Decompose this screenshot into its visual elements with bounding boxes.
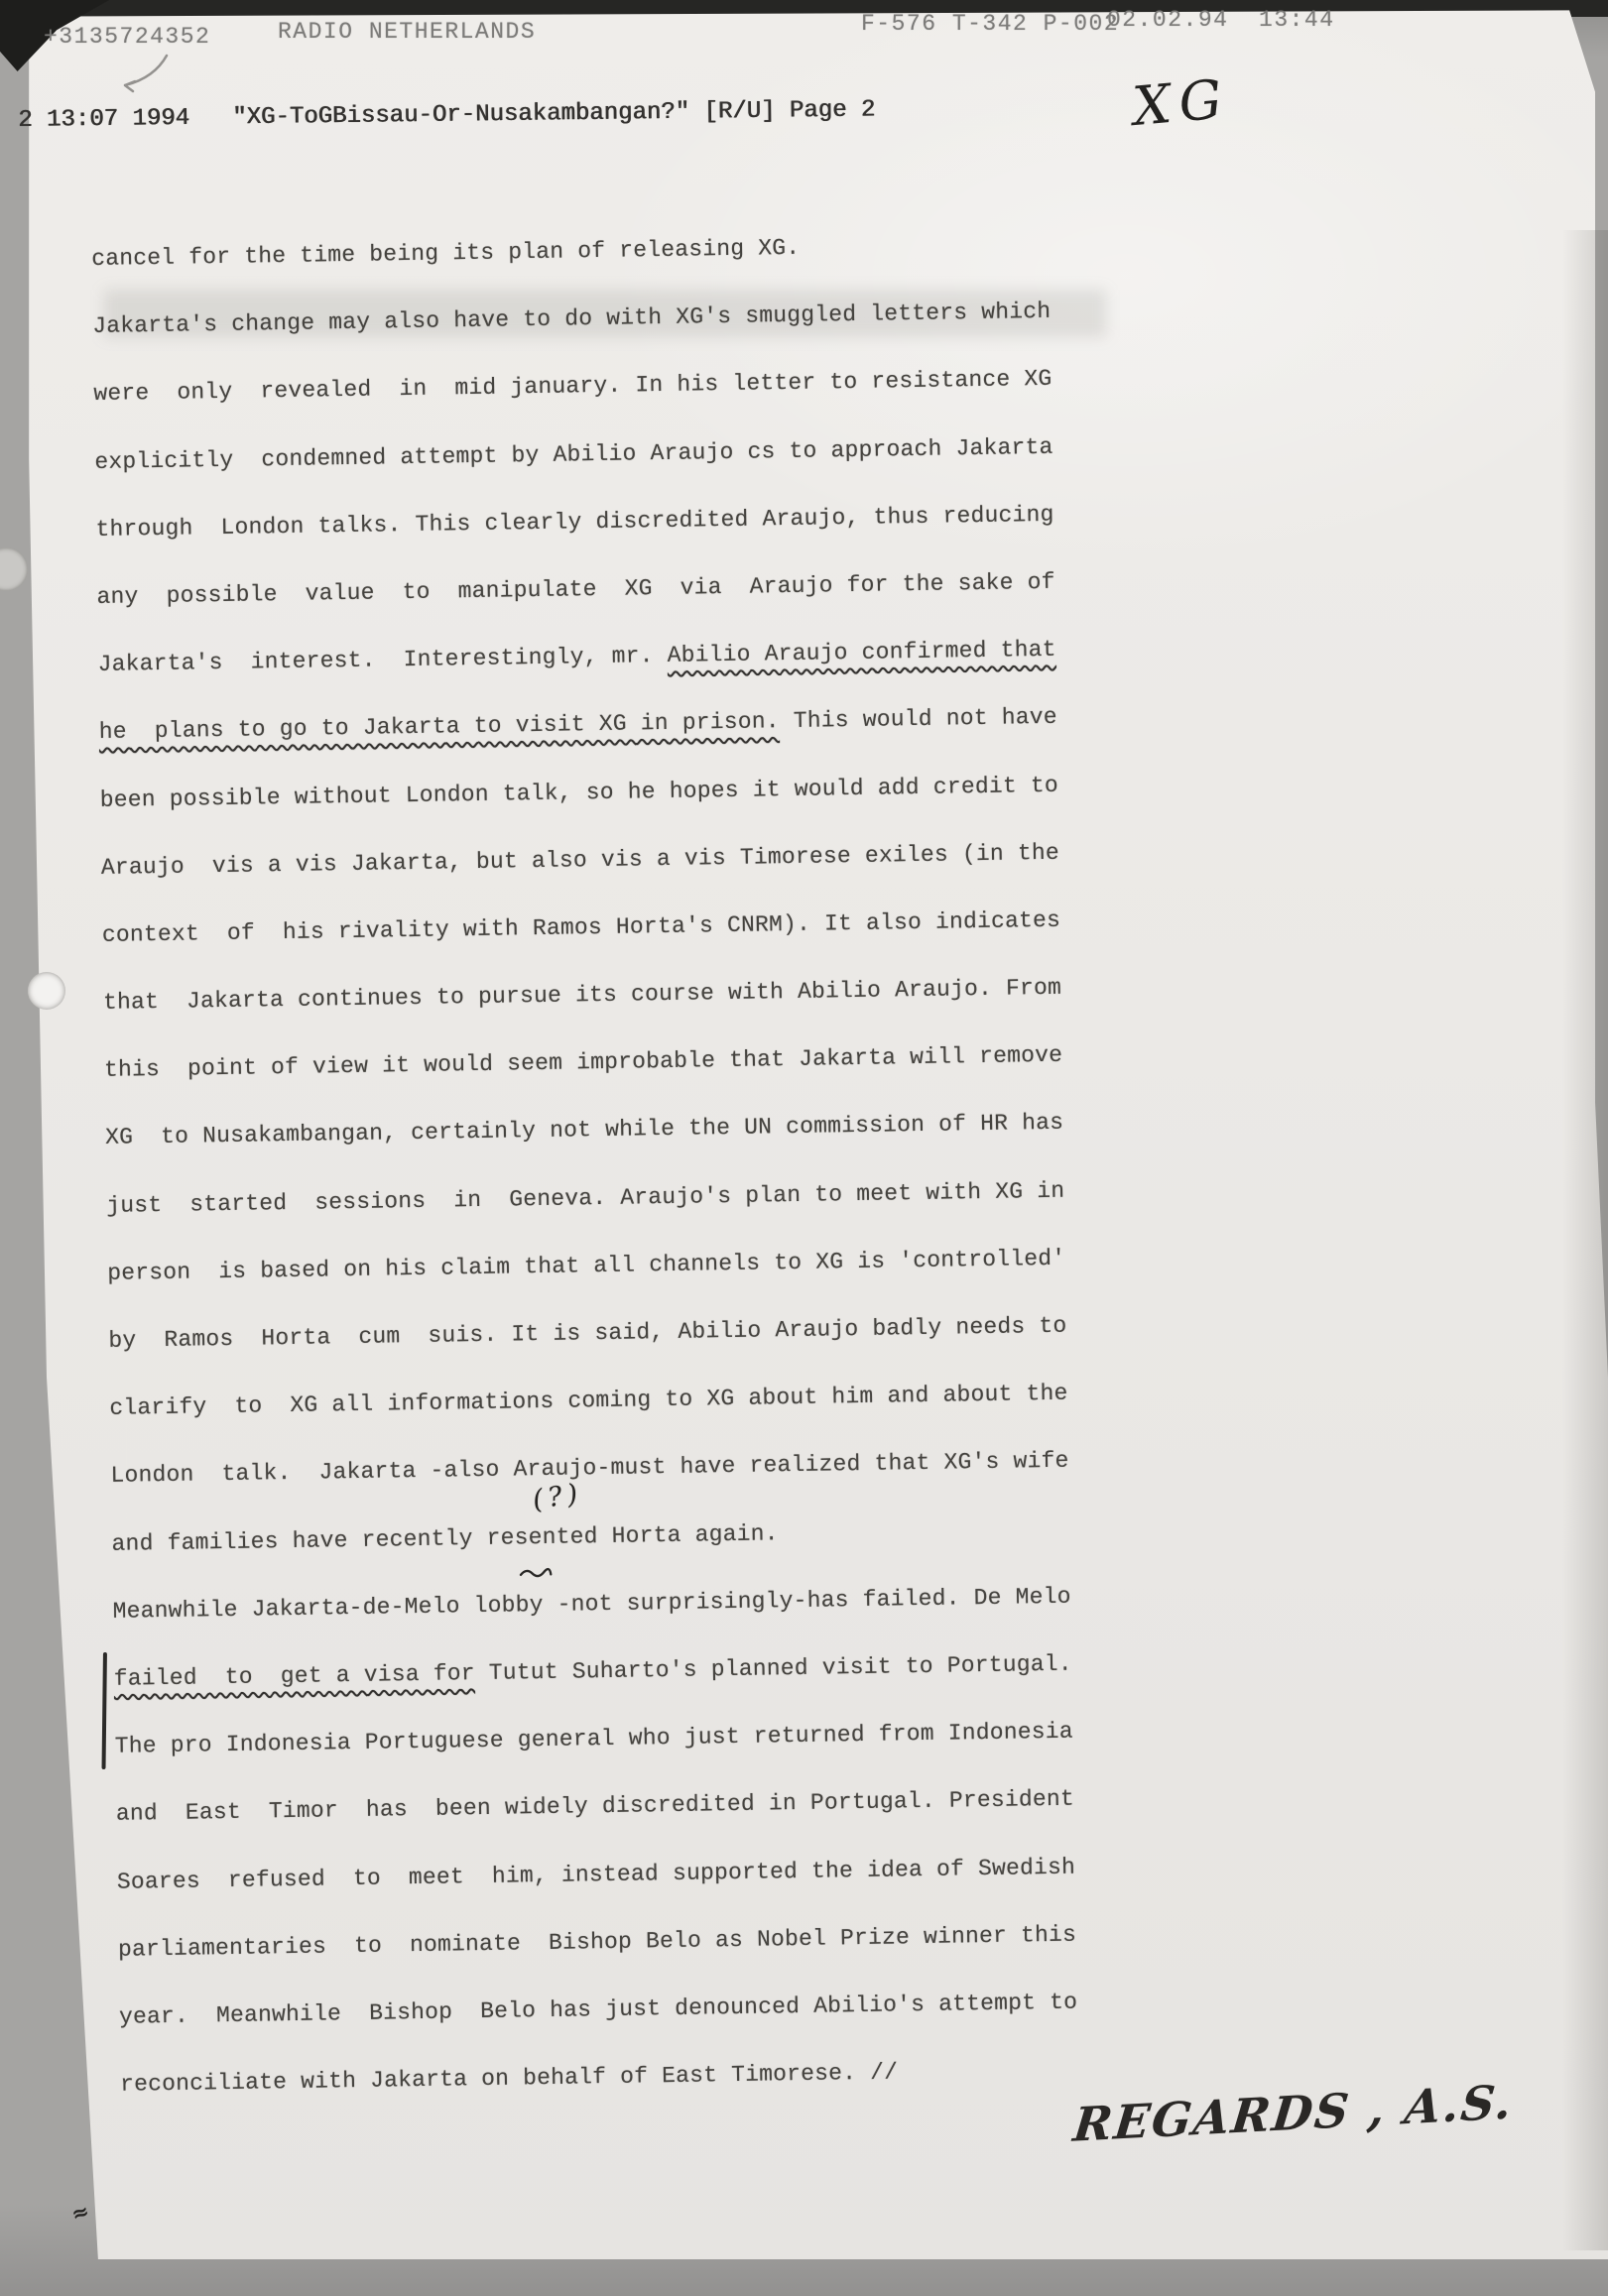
typed-text: Jakarta's interest. Interestingly, mr. — [97, 643, 667, 677]
fax-header-datetime: 02.02.94 13:44 — [1107, 7, 1335, 33]
typed-text: Horta again. — [597, 1520, 778, 1549]
pen-squiggle — [518, 1563, 554, 1578]
typed-text: Tutut Suharto's planned visit to Portuga… — [475, 1651, 1072, 1686]
query-annotated-word: resented(?) — [486, 1523, 597, 1551]
pen-scribble — [117, 52, 179, 103]
fax-header-phone: +3135724352 — [44, 24, 210, 50]
typed-text: This would not have — [780, 704, 1057, 734]
fax-scan-page: +3135724352 RADIO NETHERLANDS F-576 T-34… — [0, 0, 1608, 2296]
typed-text: and families have recently — [111, 1524, 486, 1556]
stray-pen-mark: ≈ — [68, 2198, 92, 2227]
paper-edge-shadow — [1562, 230, 1608, 2250]
fax-header-station: RADIO NETHERLANDS — [278, 19, 536, 45]
typed-body: cancel for the time being its plan of re… — [91, 229, 1093, 2137]
pen-underlined-phrase: failed to get a visa for — [114, 1660, 475, 1692]
punch-hole — [0, 547, 28, 591]
punch-hole — [28, 972, 65, 1010]
fax-header-codes: F-576 T-342 P-002 — [861, 11, 1119, 37]
pen-underlined-phrase: Abilio Araujo confirmed that — [667, 637, 1055, 668]
handwritten-initials: XG — [1130, 67, 1232, 138]
